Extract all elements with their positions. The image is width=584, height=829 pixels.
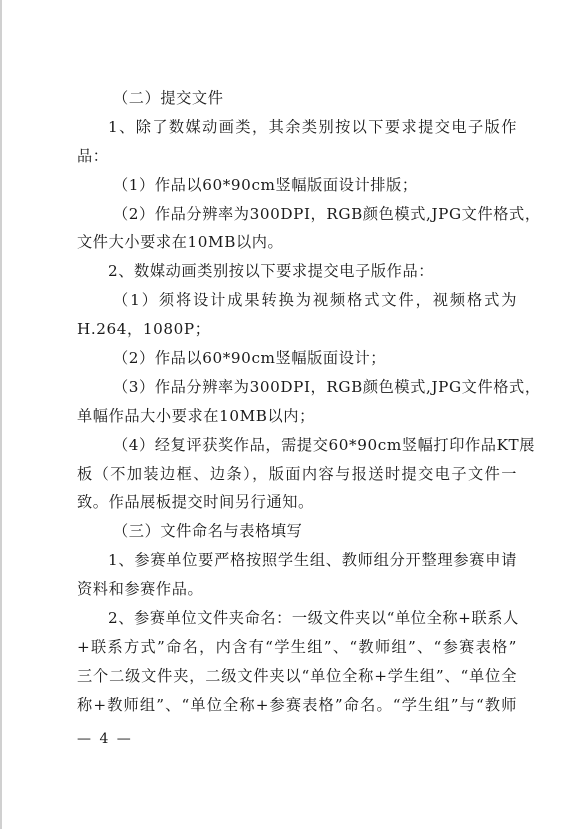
paragraph-line: （2）作品以60*90cm竖幅版面设计； (77, 344, 517, 373)
paragraph-line: 致。作品展板提交时间另行通知。 (77, 488, 517, 517)
paragraph-line: H.264，1080P； (77, 315, 517, 344)
page-number: — 4 — (77, 727, 133, 751)
section-heading-submit-files: （二）提交文件 (77, 84, 517, 113)
paragraph-line: 单幅作品大小要求在10MB以内； (77, 402, 517, 431)
page-left-edge (0, 0, 2, 829)
paragraph-line: （2）作品分辨率为300DPI，RGB颜色模式,JPG文件格式， (77, 200, 517, 229)
paragraph-line: 1、除了数媒动画类，其余类别按以下要求提交电子版作 (77, 113, 517, 142)
paragraph-line: 文件大小要求在10MB以内。 (77, 228, 517, 257)
paragraph-line: （1）作品以60*90cm竖幅版面设计排版； (77, 171, 517, 200)
paragraph-line: 三个二级文件夹，二级文件夹以“单位全称+学生组”、“单位全 (77, 662, 517, 691)
paragraph-line: 品： (77, 142, 517, 171)
paragraph-line: 2、数媒动画类别按以下要求提交电子版作品： (77, 257, 517, 286)
paragraph-line: 板（不加装边框、边条），版面内容与报送时提交电子文件一 (77, 460, 517, 489)
paragraph-line: （1）须将设计成果转换为视频格式文件，视频格式为 (77, 286, 517, 315)
paragraph-line: （3）作品分辨率为300DPI，RGB颜色模式,JPG文件格式， (77, 373, 517, 402)
paragraph-line: +联系方式”命名，内含有“学生组”、“教师组”、“参赛表格” (77, 633, 517, 662)
paragraph-line: （4）经复评获奖作品，需提交60*90cm竖幅打印作品KT展 (77, 431, 517, 460)
paragraph-line: 2、参赛单位文件夹命名：一级文件夹以“单位全称+联系人 (77, 604, 517, 633)
section-heading-file-naming: （三）文件命名与表格填写 (77, 517, 517, 546)
paragraph-line: 资料和参赛作品。 (77, 575, 517, 604)
paragraph-line: 1、参赛单位要严格按照学生组、教师组分开整理参赛申请 (77, 546, 517, 575)
paragraph-line: 称+教师组”、“单位全称+参赛表格”命名。“学生组”与“教师 (77, 691, 517, 720)
document-page: （二）提交文件 1、除了数媒动画类，其余类别按以下要求提交电子版作 品： （1）… (77, 84, 517, 720)
